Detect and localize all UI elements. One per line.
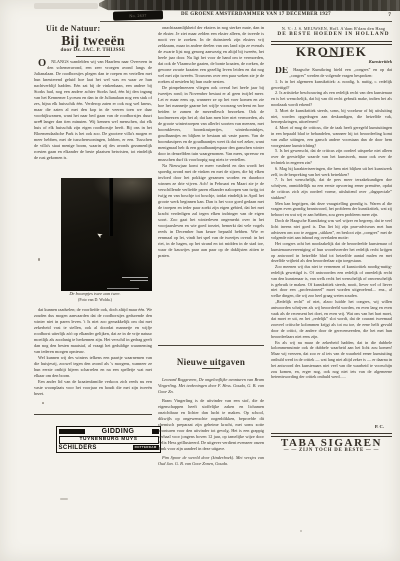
paragraph-text: Haagsche Kunstkring hield een „congres” … (289, 67, 392, 78)
scan-artifact-band (99, 0, 400, 11)
article-paragraph: dat kunnen raadselen; de voorliefde ook,… (34, 307, 152, 355)
arrow-icon: ➤ (96, 230, 105, 239)
kroniek-signature: P. C. (271, 424, 392, 430)
kroniek-question-list: 1. Is in het algemeen kunstkritiek: a. n… (271, 79, 392, 201)
scan-speck (60, 498, 68, 500)
kroniek-question: 6. Mag hij karakteriseeringen, die hem n… (271, 166, 392, 178)
kroniek-question: 7. Is het wenschelijk, dat de pers meer … (271, 177, 392, 200)
article-photo: ➤ (61, 178, 152, 291)
column-middle: onachtzaamlijkheid der eksters in nog st… (158, 25, 264, 467)
article-paragraph: Na Nieuwjaar komt er meer vastheid en da… (158, 163, 264, 259)
advert-name-secondary: TUYNENBURG MUYS (59, 436, 159, 444)
issue-number-blob: No. 2637 (113, 10, 163, 20)
kroniek-heading: KRONIEK (271, 49, 392, 55)
page-number: 7 (388, 12, 391, 18)
advert-name: GIDDING (102, 428, 135, 435)
article-text-block: ONLANGS wandelden wij van Haarlem naar O… (34, 59, 152, 175)
kroniek-question: 4. Moet of mag de criticus, die de taak … (271, 125, 392, 148)
column-right: N. V.: J. S. MEUWSEN, Hofl. A'dam R'dam … (271, 26, 392, 454)
photo-scratch (107, 288, 139, 289)
column-left: Uit de Natuur: Bij tweeën door Dr. JAC. … (34, 26, 152, 453)
kroniek-question: 5. Is het gewenscht, dat de criticus zij… (271, 148, 392, 165)
article-byline: door Dr. JAC. P. THIJSSE (34, 47, 152, 53)
gidding-advert: GIDDING TUYNENBURG MUYS SCHILDERS ROTTER… (56, 426, 161, 453)
kroniek-paragraph: Het congres acht het noodzakelijk dat de… (271, 241, 392, 264)
kroniek-paragraph: „Redelijk recht” of niet, alzoo luidde h… (271, 299, 392, 340)
photo-detail-slit (109, 178, 113, 237)
kroniek-paragraph: Zoo meenen wij dus niet te vernemen of k… (271, 264, 392, 299)
kroniek-subject: Kunstcritiek (271, 59, 392, 65)
kroniek-text-block: DE Haagsche Kunstkring hield een „congre… (271, 67, 392, 423)
section-rule (158, 345, 264, 346)
kroniek-paragraph: Doch de Haagsche Kunstkring was wel wijz… (271, 218, 392, 241)
article-paragraph: Een ander lid van de kraaienfamilie verk… (34, 379, 152, 397)
scan-smudge (34, 3, 98, 9)
kroniek-paragraph: Men kan begrijpen, dat deze vraagstellin… (271, 201, 392, 218)
article-rubric: Uit de Natuur: (46, 26, 152, 32)
article-paragraph: ONLANGS wandelden wij van Haarlem naar O… (34, 59, 152, 161)
newspaper-page: No. 2637 DE GROENE AMSTERDAMMER VAN 17 D… (0, 0, 400, 561)
taba-advert-slogan: — — ZIJN TOCH DE BESTE — — (271, 448, 392, 454)
article-paragraph: Wel kunnen wij des winters telkens een p… (34, 355, 152, 379)
kroniek-question: 3. Moet de kunstkritiek steeds, soms, bi… (271, 108, 392, 125)
book-entry: Pim Spoor de wereld door (kinderboek). M… (158, 455, 264, 467)
article-paragraph: De pimpelmeezen vliegen ook overal het h… (158, 85, 264, 163)
drop-cap: DE (271, 67, 289, 75)
masthead-title: DE GROENE AMSTERDAMMER VAN 17 DECEMBER 1… (168, 12, 344, 17)
kroniek-question: 2. Is artistieke beschouwing als een red… (271, 90, 392, 107)
advert-city: ROTTERDAM (133, 445, 159, 450)
kroniek-question: 1. Is in het algemeen kunstkritiek: a. n… (271, 79, 392, 91)
scan-speck (300, 530, 302, 532)
photo-credit-marks (122, 275, 148, 283)
taba-advert-name: TABA SIGAREN (271, 441, 392, 447)
kroniek-paragraph: DE Haagsche Kunstkring hield een „congre… (271, 67, 392, 79)
advert-trade: SCHILDERS (59, 445, 97, 451)
article-text-block: onachtzaamlijkheid der eksters in nog st… (158, 25, 264, 341)
heading-ornament (202, 368, 220, 369)
advert-row: SCHILDERS ROTTERDAM (59, 445, 159, 451)
book-review: Bram Vingerling is de uitvinder van een … (158, 398, 264, 452)
article-title: Bij tweeën (34, 38, 152, 44)
article-text-block: dat kunnen raadselen; de voorliefde ook,… (34, 307, 152, 410)
paragraph-text: NLANGS wandelden wij van Haarlem naar Ov… (34, 59, 152, 160)
drop-cap: O (34, 59, 47, 68)
article-paragraph: onachtzaamlijkheid der eksters in nog st… (158, 25, 264, 85)
book-entry: Leonard Roggeveen, De ongelooflijke avon… (158, 377, 264, 395)
kroniek-paragraph: En als wij nu maar de zekerheid hadden, … (271, 340, 392, 381)
nieuwe-uitgaven-heading: Nieuwe uitgaven (158, 359, 264, 365)
advert-ink-block (59, 429, 85, 434)
meuwsen-advert-slogan: DE BESTE HOEDEN IN HOLLAND (271, 32, 392, 38)
section-rule (34, 414, 152, 415)
photo-credit-line: (Foto van D. Wolda.) (34, 297, 152, 303)
book-reviews-block: Leonard Roggeveen, De ongelooflijke avon… (158, 377, 264, 467)
masthead-rule (100, 21, 392, 22)
advert-row: GIDDING (59, 428, 159, 435)
byline-rule (76, 56, 110, 57)
